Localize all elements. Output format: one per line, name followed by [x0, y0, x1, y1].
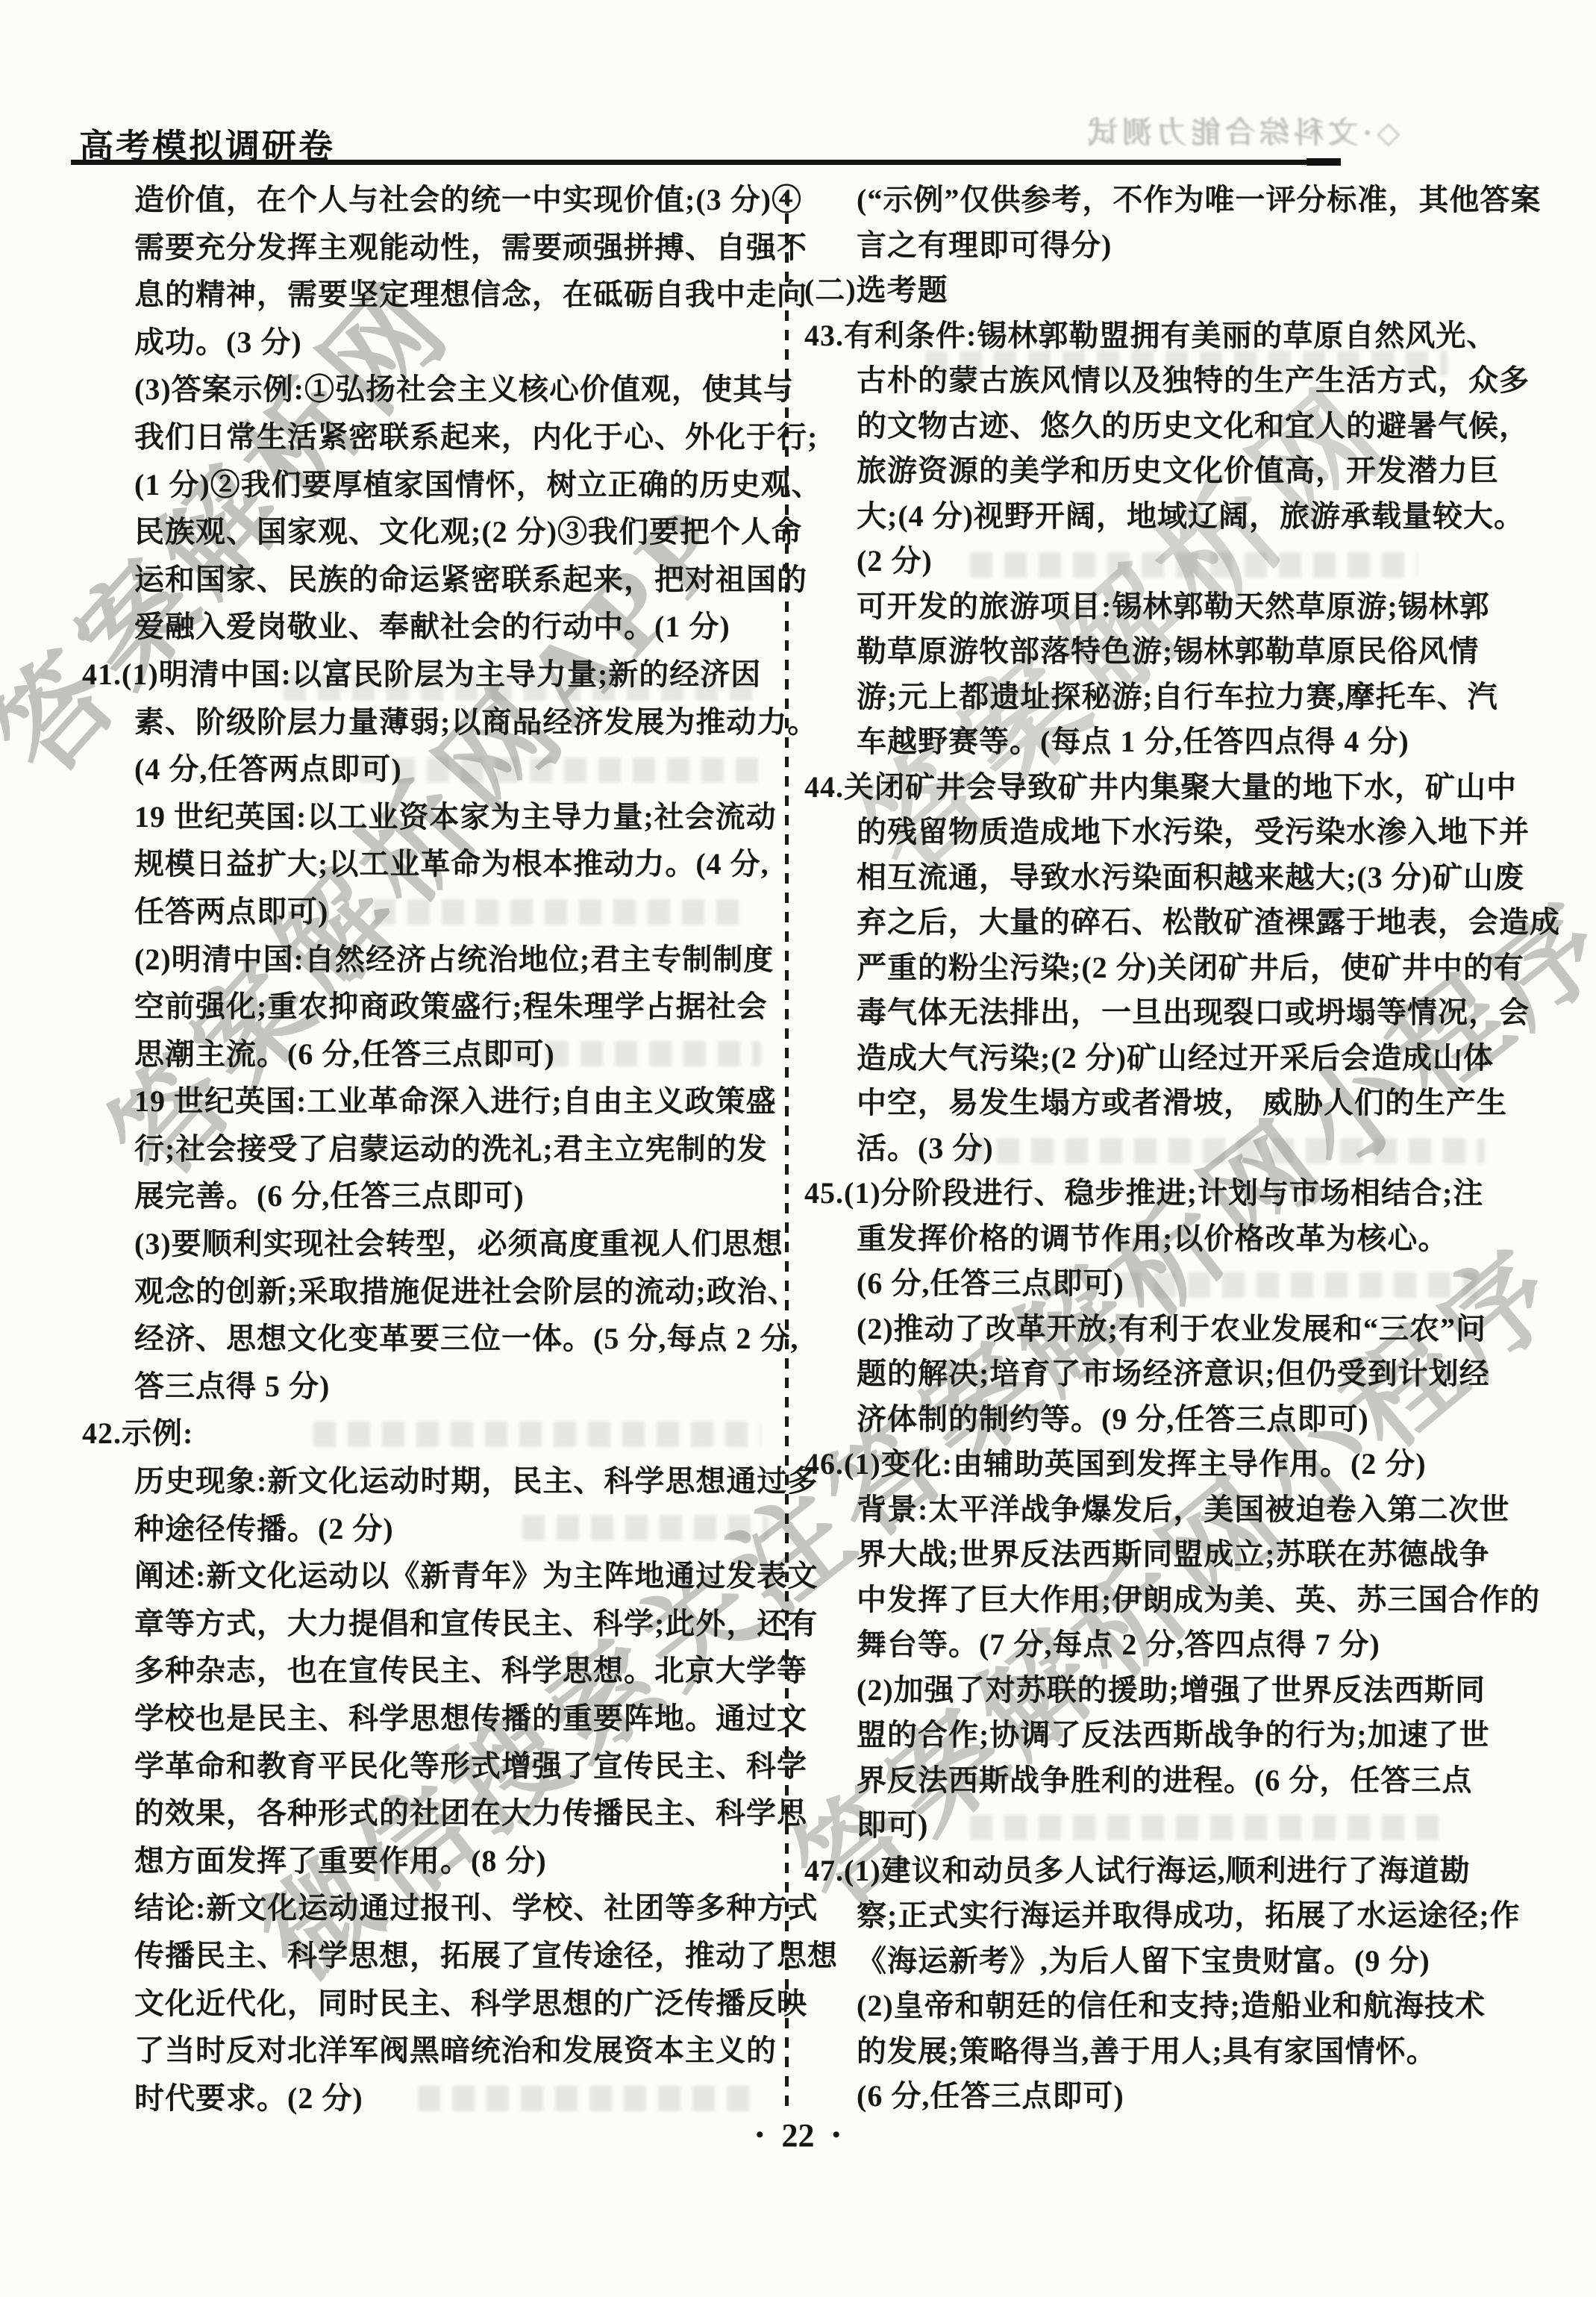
answer-line: 19 世纪英国:以工业资本家为主导力量;社会流动 [82, 793, 783, 841]
answer-line: 大;(4 分)视野开阔，地域辽阔，旅游承载量较大。 [804, 494, 1532, 540]
answer-line: 阐述:新文化运动以《新青年》为主阵地通过发表文 [82, 1552, 783, 1600]
answer-line: 空前强化;重农抑商政策盛行;程朱理学占据社会 [82, 983, 783, 1031]
answer-line: 思潮主流。(6 分,任答三点即可) [82, 1031, 783, 1078]
answer-line: 中发挥了巨大作用;伊朗成为美、英、苏三国合作的 [804, 1578, 1532, 1623]
answer-line: 想方面发挥了重要作用。(8 分) [82, 1837, 783, 1885]
answer-line: 19 世纪英国:工业革命深入进行;自由主义政策盛 [82, 1078, 783, 1125]
answer-line: 车越野赛等。(每点 1 分,任答四点得 4 分) [804, 719, 1532, 765]
answer-line: 的残留物质造成地下水污染，受污染水渗入地下并 [804, 810, 1532, 855]
answer-line: 规模日益扩大;以工业革命为根本推动力。(4 分, [82, 840, 783, 888]
answer-line: 息的精神，需要坚定理想信念，在砥砺自我中走向 [82, 271, 783, 319]
header-rule [71, 160, 1338, 165]
answer-line: 学校也是民主、科学思想传播的重要阵地。通过文 [82, 1695, 783, 1743]
answer-line: 传播民主、科学思想，拓展了宣传途径，推动了思想 [82, 1932, 783, 1980]
answer-line: 勒草原游牧部落特色游;锡林郭勒草原民俗风情 [804, 629, 1532, 675]
answer-line: 成功。(3 分) [82, 319, 783, 366]
answer-line: 毒气体无法排出，一旦出现裂口或坍塌等情况，会 [804, 990, 1532, 1036]
answer-line: 重发挥价格的调节作用;以价格改革为核心。 [804, 1216, 1532, 1262]
answer-line: 学革命和教育平民化等形式增强了宣传民主、科学 [82, 1743, 783, 1790]
answer-line: (6 分,任答三点即可) [804, 1261, 1532, 1307]
answer-line: (“示例”仅供参考，不作为唯一评分标准，其他答案 [804, 178, 1532, 223]
answer-line: 章等方式，大力提倡和宣传民主、科学;此外，还有 [82, 1600, 783, 1648]
answer-line: 可开发的旅游项目:锡林郭勒天然草原游;锡林郭 [804, 584, 1532, 630]
answer-line: 的文物古迹、悠久的历史文化和宜人的避暑气候， [804, 404, 1532, 449]
answer-line: 47.(1)建议和动员多人试行海运,顺利进行了海道勘 [804, 1848, 1532, 1894]
page-footer: •22• [0, 2116, 1596, 2154]
answer-line: (1 分)②我们要厚植家国情怀，树立正确的历史观、 [82, 461, 783, 509]
answer-line: 种途径传播。(2 分) [82, 1505, 783, 1553]
answer-line: 时代要求。(2 分) [82, 2075, 783, 2122]
answer-line: (4 分,任答两点即可) [82, 746, 783, 793]
answer-line: 界大战;世界反法西斯同盟成立;苏联在苏德战争 [804, 1532, 1532, 1578]
answer-line: 造价值，在个人与社会的统一中实现价值;(3 分)④ [82, 176, 783, 224]
answer-line: (2)推动了改革开放;有利于农业发展和“三农”问 [804, 1307, 1532, 1352]
answers-column-right: (“示例”仅供参考，不作为唯一评分标准，其他答案言之有理即可得分)(二)选考题4… [804, 178, 1532, 2119]
column-divider [785, 194, 789, 2112]
answer-line: 42.示例: [82, 1410, 783, 1457]
bleedthrough-header-text: ◇·文科综合能力测试 [1083, 109, 1400, 151]
footer-dot-left: • [756, 2122, 764, 2147]
answer-line: 题的解决;培育了市场经济意识;但仍受到计划经 [804, 1351, 1532, 1397]
answer-line: (2 分) [804, 539, 1532, 584]
answer-line: 需要充分发挥主观能动性，需要顽强拼搏、自强不 [82, 224, 783, 272]
answer-line: 45.(1)分阶段进行、稳步推进;计划与市场相结合;注 [804, 1171, 1532, 1216]
answer-line: 爱融入爱岗敬业、奉献社会的行动中。(1 分) [82, 603, 783, 651]
answer-line: 舞台等。(7 分,每点 2 分,答四点得 7 分) [804, 1622, 1532, 1668]
answer-line: 即可) [804, 1803, 1532, 1848]
answer-line: 展完善。(6 分,任答三点即可) [82, 1172, 783, 1220]
answer-line: 察;正式实行海运并取得成功，拓展了水运途径;作 [804, 1893, 1532, 1939]
answer-line: 旅游资源的美学和历史文化价值高，开发潜力巨 [804, 449, 1532, 494]
answer-line: 济体制的制约等。(9 分,任答三点即可) [804, 1397, 1532, 1443]
answer-line: 民族观、国家观、文化观;(2 分)③我们要把个人命 [82, 508, 783, 556]
answer-line: (2)加强了对苏联的援助;增强了世界反法西斯同 [804, 1668, 1532, 1713]
answers-column-left: 造价值，在个人与社会的统一中实现价值;(3 分)④需要充分发挥主观能动性，需要顽… [82, 176, 783, 2122]
answer-line: 46.(1)变化:由辅助英国到发挥主导作用。(2 分) [804, 1442, 1532, 1487]
answer-line: 运和国家、民族的命运紧密联系起来，把对祖国的 [82, 556, 783, 604]
answer-line: 的发展;策略得当,善于用人;具有家国情怀。 [804, 2029, 1532, 2075]
answer-line: 了当时反对北洋军阀黑暗统治和发展资本主义的 [82, 2027, 783, 2075]
answer-line: 古朴的蒙古族风情以及独特的生产生活方式，众多 [804, 358, 1532, 404]
answer-line: 严重的粉尘污染;(2 分)关闭矿井后，使矿井中的有 [804, 946, 1532, 991]
page-number: 22 [782, 2117, 815, 2154]
answer-line: 弃之后，大量的碎石、松散矿渣裸露于地表，会造成 [804, 900, 1532, 946]
answer-line: (6 分,任答三点即可) [804, 2074, 1532, 2119]
answer-line: 答三点得 5 分) [82, 1363, 783, 1410]
answer-line: (2)皇帝和朝廷的信任和支持;造船业和航海技术 [804, 1984, 1532, 2029]
answer-line: 41.(1)明清中国:以富民阶层为主导力量;新的经济因 [82, 651, 783, 699]
answer-line: 《海运新考》,为后人留下宝贵财富。(9 分) [804, 1939, 1532, 1984]
answer-line: (3)要顺利实现社会转型，必须高度重视人们思想 [82, 1220, 783, 1268]
answer-line: 经济、思想文化变革要三位一体。(5 分,每点 2 分, [82, 1315, 783, 1363]
answer-line: 观念的创新;采取措施促进社会阶层的流动;政治、 [82, 1268, 783, 1316]
answer-line: 结论:新文化运动通过报刊、学校、社团等多种方式 [82, 1884, 783, 1932]
answer-line: 文化近代化，同时民主、科学思想的广泛传播反映 [82, 1980, 783, 2028]
answer-line: 多种杂志，也在宣传民主、科学思想。北京大学等 [82, 1647, 783, 1695]
answer-line: 背景:太平洋战争爆发后，美国被迫卷入第二次世 [804, 1487, 1532, 1533]
answer-line: 相互流通，导致水污染面积越来越大;(3 分)矿山废 [804, 855, 1532, 901]
answer-line: 界反法西斯战争胜利的进程。(6 分，任答三点 [804, 1758, 1532, 1804]
answer-line: (3)答案示例:①弘扬社会主义核心价值观，使其与 [82, 366, 783, 413]
answer-line: 任答两点即可) [82, 888, 783, 936]
footer-dot-right: • [833, 2122, 841, 2147]
answer-line: 历史现象:新文化运动时期，民主、科学思想通过多 [82, 1457, 783, 1505]
exam-answer-sheet-page: 答案解析网 答案解析网APP 答案解析网 微信搜索关注答案解析网小程序 答案解析… [0, 0, 1596, 2297]
answer-line: 言之有理即可得分) [804, 223, 1532, 269]
answer-line: 我们日常生活紧密联系起来，内化于心、外化于行; [82, 413, 783, 461]
answer-line: 43.有利条件:锡林郭勒盟拥有美丽的草原自然风光、 [804, 313, 1532, 359]
answer-line: 盟的合作;协调了反法西斯战争的行为;加速了世 [804, 1713, 1532, 1758]
answer-line: 造成大气污染;(2 分)矿山经过开采后会造成山体 [804, 1036, 1532, 1081]
answer-line: 行;社会接受了启蒙运动的洗礼;君主立宪制的发 [82, 1125, 783, 1173]
answer-line: 中空，易发生塌方或者滑坡， 威胁人们的生产生 [804, 1081, 1532, 1126]
answer-line: 44.关闭矿井会导致矿井内集聚大量的地下水，矿山中 [804, 765, 1532, 810]
answer-line: 素、阶级阶层力量薄弱;以商品经济发展为推动力。 [82, 699, 783, 746]
answer-line: (2)明清中国:自然经济占统治地位;君主专制制度 [82, 936, 783, 984]
answer-line: 游;元上都遗址探秘游;自行车拉力赛,摩托车、汽 [804, 675, 1532, 720]
answer-line: 的效果，各种形式的社团在大力传播民主、科学思 [82, 1790, 783, 1837]
answer-line: (二)选考题 [804, 268, 1532, 313]
answer-line: 活。(3 分) [804, 1126, 1532, 1172]
